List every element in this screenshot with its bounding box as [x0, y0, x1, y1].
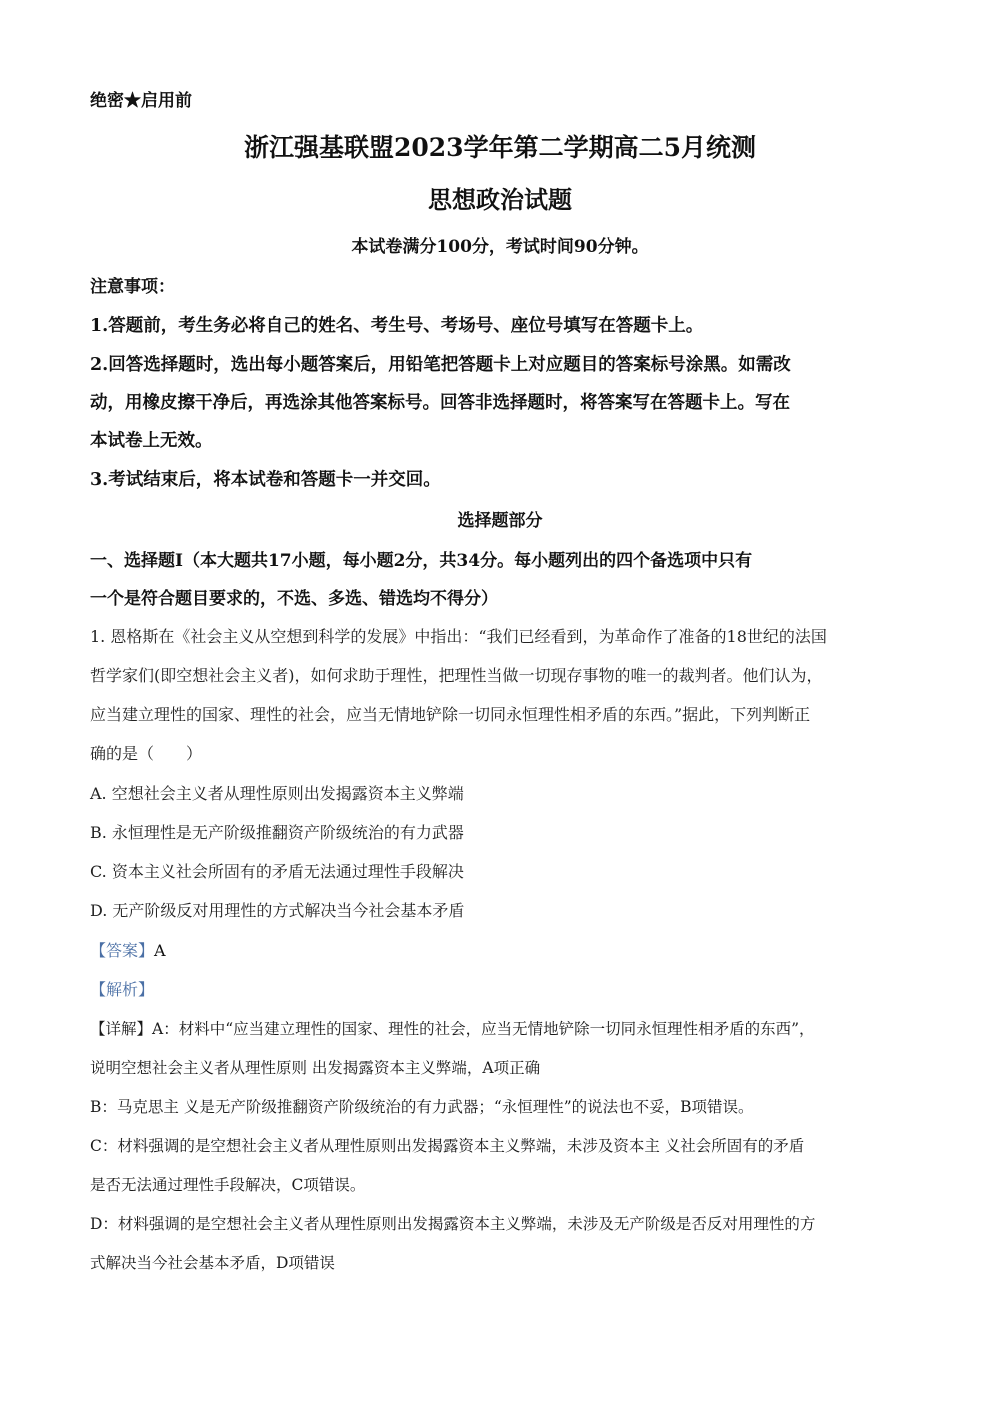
- question-stem: 哲学家们(即空想社会主义者)，如何求助于理性，把理性当做一切现存事物的唯一的裁判…: [90, 663, 823, 686]
- option-a: A. 空想社会主义者从理性原则出发揭露资本主义弊端: [90, 781, 464, 804]
- explanation-line: B：马克思主 义是无产阶级推翻资产阶级统治的有力武器；“永恒理性”的说法也不妥，…: [90, 1095, 754, 1117]
- section-instructions: 一个是符合题目要求的，不选、多选、错选均不得分）: [90, 584, 498, 609]
- explanation-line: D：材料强调的是空想社会主义者从理性原则出发揭露资本主义弊端，未涉及无产阶级是否…: [90, 1212, 815, 1234]
- question-stem: 应当建立理性的国家、理性的社会，应当无情地铲除一切同永恒理性相矛盾的东西。”据此…: [90, 702, 810, 725]
- section-instructions: 一、选择题Ⅰ（本大题共17小题，每小题2分，共34分。每小题列出的四个备选项中只…: [90, 546, 752, 571]
- option-d: D. 无产阶级反对用理性的方式解决当今社会基本矛盾: [90, 898, 464, 921]
- analysis-row: 【解析】: [90, 977, 154, 1000]
- exam-title: 浙江强基联盟2023学年第二学期高二5月统测: [0, 128, 1000, 164]
- question-stem: 确的是（ ）: [90, 741, 202, 764]
- explanation-line: 是否无法通过理性手段解决，C项错误。: [90, 1173, 365, 1195]
- explanation-line: C：材料强调的是空想社会主义者从理性原则出发揭露资本主义弊端，未涉及资本主 义社…: [90, 1134, 804, 1156]
- note-line: 动，用橡皮擦干净后，再选涂其他答案标号。回答非选择题时，将答案写在答题卡上。写在: [90, 389, 790, 414]
- explanation-line: 式解决当今社会基本矛盾，D项错误: [90, 1251, 335, 1273]
- note-line: 1.答题前，考生务必将自己的姓名、考生号、考场号、座位号填写在答题卡上。: [90, 312, 703, 337]
- exam-subject: 思想政治试题: [0, 180, 1000, 215]
- notes-heading: 注意事项：: [90, 272, 175, 297]
- exam-page: 绝密★启用前 浙江强基联盟2023学年第二学期高二5月统测 思想政治试题 本试卷…: [0, 0, 1000, 1414]
- note-line: 2.回答选择题时，选出每小题答案后，用铅笔把答题卡上对应题目的答案标号涂黑。如需…: [90, 351, 791, 376]
- confidential-label: 绝密★启用前: [90, 86, 192, 111]
- note-line: 3.考试结束后，将本试卷和答题卡一并交回。: [90, 466, 441, 491]
- answer-tag: 【答案】: [90, 941, 154, 960]
- question-stem: 1. 恩格斯在《社会主义从空想到科学的发展》中指出：“我们已经看到，为革命作了准…: [90, 624, 827, 647]
- score-time-note: 本试卷满分100分，考试时间90分钟。: [0, 232, 1000, 257]
- section-title: 选择题部分: [0, 506, 1000, 531]
- explanation-line: 说明空想社会主义者从理性原则 出发揭露资本主义弊端，A项正确: [90, 1056, 540, 1078]
- option-b: B. 永恒理性是无产阶级推翻资产阶级统治的有力武器: [90, 820, 464, 843]
- note-line: 本试卷上无效。: [90, 427, 213, 452]
- option-c: C. 资本主义社会所固有的矛盾无法通过理性手段解决: [90, 859, 464, 882]
- explanation-line: 【详解】A：材料中“应当建立理性的国家、理性的社会，应当无情地铲除一切同永恒理性…: [90, 1017, 815, 1039]
- answer-value: A: [154, 941, 166, 960]
- answer-row: 【答案】A: [90, 938, 166, 961]
- analysis-tag: 【解析】: [90, 980, 154, 999]
